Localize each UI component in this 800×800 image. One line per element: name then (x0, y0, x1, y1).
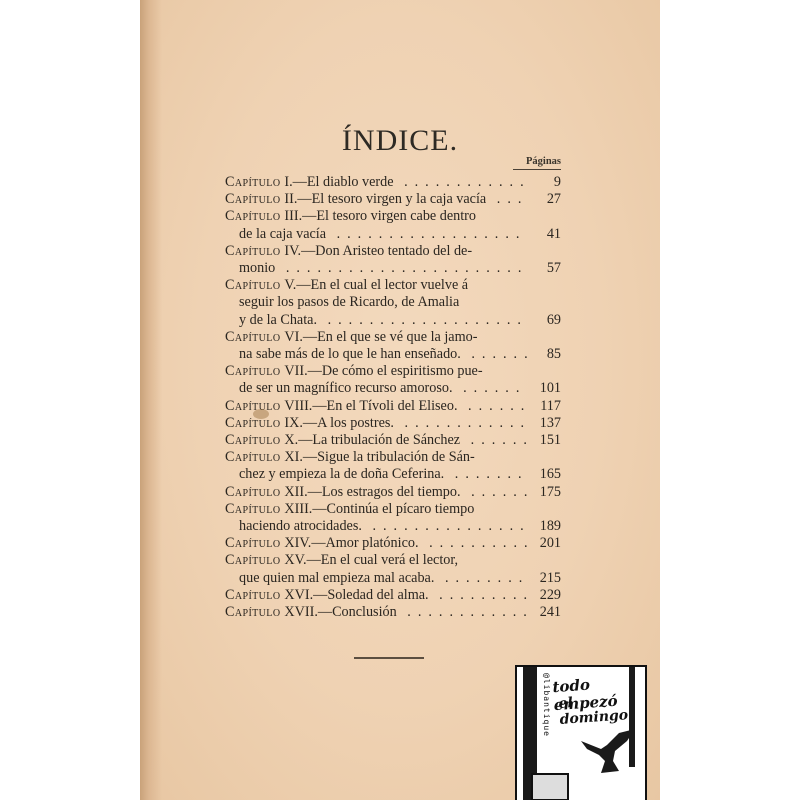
toc-entry-text: haciendo atrocidades. ..................… (239, 518, 527, 535)
chapter-title: —En el cual el lector vuelve á (296, 277, 468, 293)
leader-dots: .............................. (317, 312, 527, 328)
chapter-title: —En el que se vé que la jamo- (303, 329, 478, 345)
leader-dots: .............................. (362, 518, 527, 534)
chapter-title: que quien mal empieza mal acaba. (239, 570, 434, 586)
chapter-title: seguir los pasos de Ricardo, de Amalia (239, 294, 459, 310)
chapter-number: XIV. (284, 535, 311, 551)
toc-line: Capítulo IX.—A los postres. ............… (225, 415, 561, 432)
chapter-title: —Amor platónico. (311, 535, 418, 551)
chapter-word: Capítulo (225, 174, 284, 190)
toc-line: Capítulo XII.—Los estragos del tiempo. .… (225, 484, 561, 501)
leader-dots: .............................. (429, 587, 527, 603)
page-title: ÍNDICE. (140, 124, 660, 158)
chapter-number: XIII. (284, 501, 312, 517)
toc-line: haciendo atrocidades. ..................… (225, 518, 561, 535)
toc-line: Capítulo II.—El tesoro virgen y la caja … (225, 191, 561, 208)
chapter-word: Capítulo (225, 277, 284, 293)
photo-frame-icon (531, 773, 569, 800)
page-number: 69 (527, 312, 561, 329)
page-number: 137 (527, 415, 561, 432)
toc-line: Capítulo VII.—De cómo el espiritismo pue… (225, 363, 561, 380)
chapter-word: Capítulo (225, 587, 284, 603)
leader-dots: .............................. (461, 484, 527, 500)
chapter-word: Capítulo (225, 208, 284, 224)
toc-entry-text: Capítulo XIII.—Continúa el pícaro tiempo (225, 501, 527, 518)
shop-handle: @libantique (537, 673, 551, 783)
leader-dots: .............................. (458, 398, 528, 414)
toc-line: Capítulo XI.—Sigue la tribulación de Sán… (225, 449, 561, 466)
toc-entry-text: na sabe más de lo que le han enseñado. .… (239, 346, 527, 363)
toc-line: Capítulo XIV.—Amor platónico. ..........… (225, 535, 561, 552)
toc-entry-text: Capítulo VI.—En el que se vé que la jamo… (225, 329, 527, 346)
toc-line: Capítulo XV.—En el cual verá el lector, (225, 552, 561, 569)
chapter-title: de ser un magnífico recurso amoroso. (239, 380, 453, 396)
leader-dots: .............................. (434, 570, 527, 586)
leader-dots: .............................. (326, 226, 527, 242)
toc-entry-text: y de la Chata. .........................… (239, 312, 527, 329)
toc-line: de ser un magnífico recurso amoroso. ...… (225, 380, 561, 397)
toc-entry-text: Capítulo I.—El diablo verde ............… (225, 174, 527, 191)
leader-dots: .............................. (460, 432, 527, 448)
chapter-number: XI. (284, 449, 303, 465)
chapter-word: Capítulo (225, 243, 284, 259)
toc-entry-text: Capítulo V.—En el cual el lector vuelve … (225, 277, 527, 294)
leader-dots: .............................. (275, 260, 527, 276)
pages-column-header: Páginas (513, 156, 561, 170)
chapter-title: —Don Aristeo tentado del de- (301, 243, 472, 259)
toc-entry-text: monio .............................. (239, 260, 527, 277)
toc-entry-text: Capítulo XVI.—Soledad del alma. ........… (225, 587, 527, 604)
chapter-title: —La tribulación de Sánchez (298, 432, 460, 448)
chapter-title: —El tesoro virgen y la caja vacía (297, 191, 486, 207)
chapter-word: Capítulo (225, 501, 284, 517)
chapter-title: —Conclusión (318, 604, 397, 620)
page-number: 189 (527, 518, 561, 535)
toc-entry-text: Capítulo VIII.—En el Tívoli del Eliseo. … (225, 398, 527, 415)
toc-entry-text: Capítulo IX.—A los postres. ............… (225, 415, 527, 432)
chapter-number: III. (284, 208, 302, 224)
chapter-title: haciendo atrocidades. (239, 518, 362, 534)
toc-line: que quien mal empieza mal acaba. .......… (225, 570, 561, 587)
page-number: 241 (527, 604, 561, 621)
page-number: 9 (527, 174, 561, 191)
toc-line: Capítulo VI.—En el que se vé que la jamo… (225, 329, 561, 346)
leader-dots: .............................. (461, 346, 527, 362)
toc-entry-text: de ser un magnífico recurso amoroso. ...… (239, 380, 527, 397)
page-number: 117 (527, 398, 561, 415)
toc-entry-text: de la caja vacía .......................… (239, 226, 527, 243)
toc-line: Capítulo XVII.—Conclusión ..............… (225, 604, 561, 621)
chapter-title: —El diablo verde (293, 174, 394, 190)
chapter-word: Capítulo (225, 432, 284, 448)
leader-dots: .............................. (444, 466, 527, 482)
chapter-title: —El tesoro virgen cabe dentro (302, 208, 476, 224)
toc-line: Capítulo V.—En el cual el lector vuelve … (225, 277, 561, 294)
chapter-number: IV. (284, 243, 301, 259)
leader-dots: .............................. (486, 191, 527, 207)
leader-dots: .............................. (394, 415, 527, 431)
chapter-title: —En el cual verá el lector, (307, 552, 458, 568)
chapter-number: XII. (284, 484, 307, 500)
toc-line: de la caja vacía .......................… (225, 226, 561, 243)
chapter-number: VIII. (284, 398, 312, 414)
toc-entry-text: Capítulo III.—El tesoro virgen cabe dent… (225, 208, 527, 225)
toc-entry-text: Capítulo VII.—De cómo el espiritismo pue… (225, 363, 527, 380)
toc-line: Capítulo I.—El diablo verde ............… (225, 174, 561, 191)
chapter-number: IX. (284, 415, 303, 431)
shop-badge: @libantique todo empezó el domingo (515, 665, 647, 800)
chapter-number: II. (284, 191, 297, 207)
chapter-word: Capítulo (225, 329, 284, 345)
page-number: 229 (527, 587, 561, 604)
chapter-title: monio (239, 260, 275, 276)
chapter-title: y de la Chata. (239, 312, 317, 328)
chapter-number: XV. (284, 552, 306, 568)
toc-line: Capítulo III.—El tesoro virgen cabe dent… (225, 208, 561, 225)
toc-line: seguir los pasos de Ricardo, de Amalia (225, 294, 561, 311)
chapter-number: VI. (284, 329, 303, 345)
toc-line: na sabe más de lo que le han enseñado. .… (225, 346, 561, 363)
chapter-number: XVII. (284, 604, 318, 620)
paper-stain (253, 409, 269, 419)
toc-line: monio ..............................57 (225, 260, 561, 277)
chapter-title: —Continúa el pícaro tiempo (312, 501, 474, 517)
chapter-number: I. (284, 174, 292, 190)
eagle-statue-icon (579, 727, 637, 777)
toc-entry-text: seguir los pasos de Ricardo, de Amalia (239, 294, 527, 311)
chapter-word: Capítulo (225, 363, 284, 379)
toc-entry-text: Capítulo IV.—Don Aristeo tentado del de- (225, 243, 527, 260)
page-number: 101 (527, 380, 561, 397)
page-number: 175 (527, 484, 561, 501)
table-of-contents: Capítulo I.—El diablo verde ............… (225, 174, 561, 621)
page-number: 85 (527, 346, 561, 363)
page-number: 27 (527, 191, 561, 208)
page-number: 41 (527, 226, 561, 243)
leader-dots: .............................. (397, 604, 527, 620)
page-number: 151 (527, 432, 561, 449)
toc-entry-text: chez y empieza la de doña Ceferina. ....… (239, 466, 527, 483)
chapter-title: —De cómo el espiritismo pue- (308, 363, 483, 379)
ornament-rule (354, 657, 424, 659)
page-number: 165 (527, 466, 561, 483)
chapter-number: XVI. (284, 587, 313, 603)
chapter-number: X. (284, 432, 298, 448)
toc-line: Capítulo XIII.—Continúa el pícaro tiempo (225, 501, 561, 518)
toc-line: Capítulo VIII.—En el Tívoli del Eliseo. … (225, 398, 561, 415)
toc-entry-text: Capítulo II.—El tesoro virgen y la caja … (225, 191, 527, 208)
chapter-number: VII. (284, 363, 307, 379)
toc-line: Capítulo XVI.—Soledad del alma. ........… (225, 587, 561, 604)
chapter-title: —En el Tívoli del Eliseo. (312, 398, 457, 414)
leader-dots: .............................. (394, 174, 527, 190)
chapter-title: de la caja vacía (239, 226, 326, 242)
chapter-title: —Sigue la tribulación de Sán- (303, 449, 475, 465)
toc-line: Capítulo IV.—Don Aristeo tentado del de- (225, 243, 561, 260)
toc-entry-text: Capítulo XV.—En el cual verá el lector, (225, 552, 527, 569)
chapter-title: —Soledad del alma. (313, 587, 428, 603)
toc-entry-text: Capítulo XIV.—Amor platónico. ..........… (225, 535, 527, 552)
chapter-title: —Los estragos del tiempo. (308, 484, 461, 500)
chapter-title: chez y empieza la de doña Ceferina. (239, 466, 444, 482)
toc-entry-text: Capítulo XVII.—Conclusión ..............… (225, 604, 527, 621)
page-number: 215 (527, 570, 561, 587)
page-number: 201 (527, 535, 561, 552)
leader-dots: .............................. (453, 380, 527, 396)
chapter-word: Capítulo (225, 604, 284, 620)
chapter-title: na sabe más de lo que le han enseñado. (239, 346, 461, 362)
toc-entry-text: Capítulo XII.—Los estragos del tiempo. .… (225, 484, 527, 501)
chapter-word: Capítulo (225, 484, 284, 500)
toc-entry-text: que quien mal empieza mal acaba. .......… (239, 570, 527, 587)
toc-line: Capítulo X.—La tribulación de Sánchez ..… (225, 432, 561, 449)
leader-dots: .............................. (419, 535, 527, 551)
chapter-word: Capítulo (225, 535, 284, 551)
chapter-word: Capítulo (225, 191, 284, 207)
toc-entry-text: Capítulo X.—La tribulación de Sánchez ..… (225, 432, 527, 449)
chapter-number: V. (284, 277, 296, 293)
badge-title-line2: el domingo (558, 690, 646, 728)
toc-line: chez y empieza la de doña Ceferina. ....… (225, 466, 561, 483)
toc-entry-text: Capítulo XI.—Sigue la tribulación de Sán… (225, 449, 527, 466)
page-number: 57 (527, 260, 561, 277)
toc-line: y de la Chata. .........................… (225, 312, 561, 329)
chapter-word: Capítulo (225, 449, 284, 465)
chapter-title: —A los postres. (303, 415, 394, 431)
chapter-word: Capítulo (225, 552, 284, 568)
